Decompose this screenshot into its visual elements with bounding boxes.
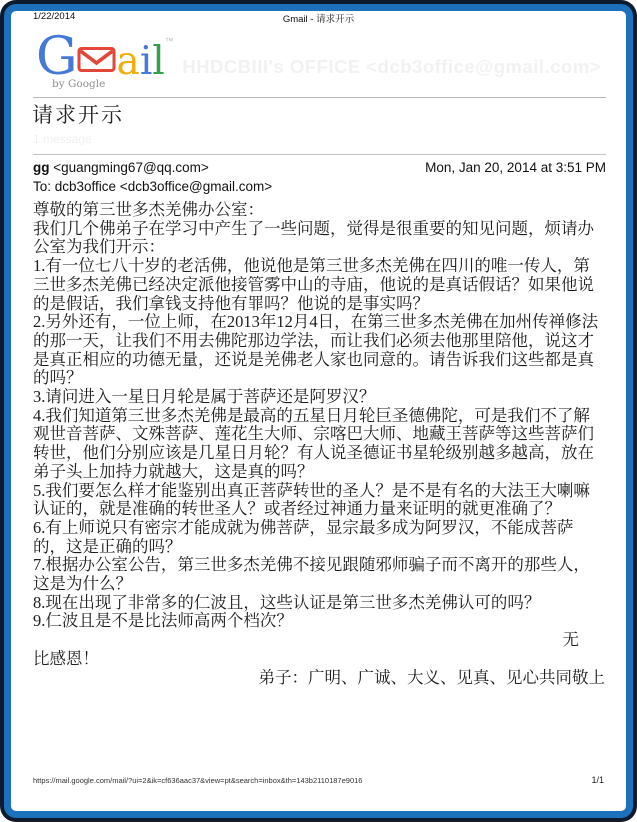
message-divider [33, 154, 606, 155]
body-line: 无 [33, 631, 605, 650]
body-line: 比感恩！ [33, 650, 605, 669]
body-line: 6.有上师说只有密宗才能成就为佛菩萨，显宗最多成为阿罗汉，不能成菩萨 [33, 519, 605, 538]
body-line: 观世音菩萨、文殊菩萨、莲花生大师、宗喀巴大师、地藏王菩萨等这些菩萨们 [33, 425, 605, 444]
body-line: 5.我们要怎么样才能鉴别出真正菩萨转世的圣人？是不是有名的大法王大喇嘛 [33, 482, 605, 501]
sender-line: gg <guangming67@qq.com> [33, 160, 209, 175]
screenshot-frame: 1/22/2014 Gmail - 请求开示 Gail™ by Google H… [0, 0, 637, 822]
body-line: 的那一天，让我们不用去佛陀那边学法，而让我们必须去他那里陪他，说这才 [33, 332, 605, 351]
gmail-logo-letter-a: a [117, 39, 140, 84]
message-count: 1 message [33, 132, 92, 146]
gmail-envelope-icon [77, 46, 116, 73]
gmail-logo: Gail™ by Google [36, 31, 174, 90]
sender-name: gg [33, 160, 50, 175]
subject-title: 请求开示 [32, 99, 124, 129]
body-line: 的，这是正确的吗？ [33, 538, 605, 557]
body-line: 公室为我们开示： [33, 238, 605, 257]
body-line: 3.请问进入一星日月轮是属于菩萨还是阿罗汉？ [33, 388, 605, 407]
email-body: 尊敬的第三世多杰羌佛办公室：我们几个佛弟子在学习中产生了一些问题，觉得是很重要的… [33, 201, 605, 687]
body-line: 的是假话，我们拿钱支持他有罪吗？他说的是事实吗？ [33, 295, 605, 314]
body-line: 2.另外还有，一位上师，在2013年12月4日，在第三世多杰羌佛在加州传禅修法 [33, 313, 605, 332]
print-header-title: Gmail - 请求开示 [0, 11, 637, 25]
body-line: 的吗？ [33, 369, 605, 388]
body-line: 认证的，就是准确的转世圣人？或者经过神通力量来证明的就更准确了？ [33, 500, 605, 519]
body-line: 是真正相应的功德无量，还说是羌佛老人家也同意的。请告诉我们这些都是真 [33, 351, 605, 370]
trademark-symbol: ™ [165, 36, 174, 46]
body-line: 这是为什么？ [33, 575, 605, 594]
body-line: 弟子头上加持力就越大，这是真的吗？ [33, 463, 605, 482]
body-line: 转世，他们分别应该是几星日月轮？有人说圣德证书星轮级别越多越高，放在 [33, 444, 605, 463]
account-owner-label: HHDCBIII's OFFICE <dcb3office@gmail.com> [182, 56, 601, 78]
body-line: 弟子：广明、广诚、大义、见真、见心共同敬上 [33, 669, 605, 688]
footer-url: https://mail.google.com/mail/?ui=2&ik=cf… [33, 776, 362, 785]
gmail-logo-letter-i: i [140, 39, 152, 84]
recipient-line: To: dcb3office <dcb3office@gmail.com> [33, 179, 272, 194]
body-line: 我们几个佛弟子在学习中产生了一些问题，觉得是很重要的知见问题，烦请办 [33, 220, 605, 239]
body-line: 三世多杰羌佛已经决定派他接管雾中山的寺庙，他说的是真话假话？如果他说 [33, 276, 605, 295]
body-line: 7.根据办公室公告，第三世多杰羌佛不接见跟随邪师骗子而不离开的那些人， [33, 556, 605, 575]
sender-email: <guangming67@qq.com> [50, 160, 209, 175]
body-line: 9.仁波且是不是比法师高两个档次？ [33, 612, 605, 631]
body-line: 8.现在出现了非常多的仁波且，这些认证是第三世多杰羌佛认可的吗？ [33, 594, 605, 613]
message-date: Mon, Jan 20, 2014 at 3:51 PM [425, 160, 606, 175]
gmail-logo-letter-l: l [152, 39, 164, 84]
body-line: 1.有一位七八十岁的老活佛，他说他是第三世多杰羌佛在四川的唯一传人，第 [33, 257, 605, 276]
header-divider [33, 97, 606, 98]
page-number: 1/1 [591, 775, 604, 785]
body-line: 4.我们知道第三世多杰羌佛是最高的五星日月轮巨圣德佛陀，可是我们不了解 [33, 407, 605, 426]
gmail-logo-letter-g: G [36, 31, 76, 83]
body-line: 尊敬的第三世多杰羌佛办公室： [33, 201, 605, 220]
